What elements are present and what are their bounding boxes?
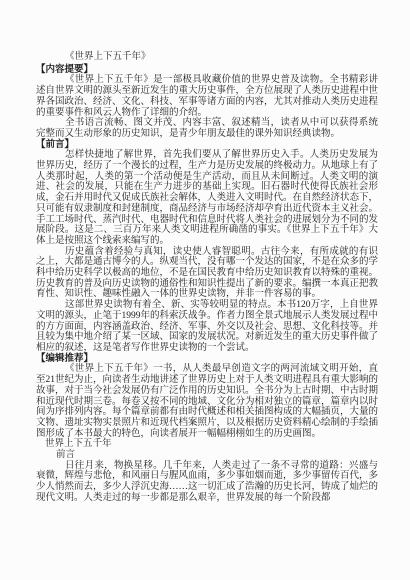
body-preface-label: 前言 <box>36 450 378 461</box>
book-title: 《世界上下五千年》 <box>36 52 378 63</box>
body-opening-paragraph: 日往月来，物换星移。几千年来，人类走过了一条不寻常的道路：兴盛与衰微，辉煌与悲怆… <box>36 461 378 504</box>
section-header-content-summary: 【内容提要】 <box>36 65 378 76</box>
summary-paragraph-2: 全书语言流畅、图文并茂、内容丰富、叙述精当，读者从中可以获得系统完整而又生动形象… <box>36 118 378 139</box>
section-header-editor-recommendation: 【编辑推荐】 <box>36 354 378 365</box>
recommendation-paragraph: 《世界上下五千年》一书，从人类最早创造文字的两河流域文明开始，直至21世纪为止，… <box>36 364 378 439</box>
preface-paragraph-1: 怎样快捷地了解世界，首先我们要从了解世界历史入手。人类历史发展为世界历史，经历了… <box>36 150 378 246</box>
preface-paragraph-3: 这部世界史读物有着全、新、实等较明显的特点。本书120万字，上自世界文明的源头，… <box>36 300 378 354</box>
section-header-preface: 【前言】 <box>36 140 378 151</box>
document-page: 《世界上下五千年》 【内容提要】 《世界上下五千年》是一部极具收藏价值的世界史普… <box>36 52 378 504</box>
summary-paragraph-1: 《世界上下五千年》是一部极具收藏价值的世界史普及读物。全书精彩讲述自世界文明的源… <box>36 75 378 118</box>
preface-paragraph-2: 历史蕴含着经验与真知，读史使人睿智聪明。古往今来，有所成就的有识之上，大都是通古… <box>36 247 378 301</box>
body-title-line: 世界上下五千年 <box>36 439 378 450</box>
